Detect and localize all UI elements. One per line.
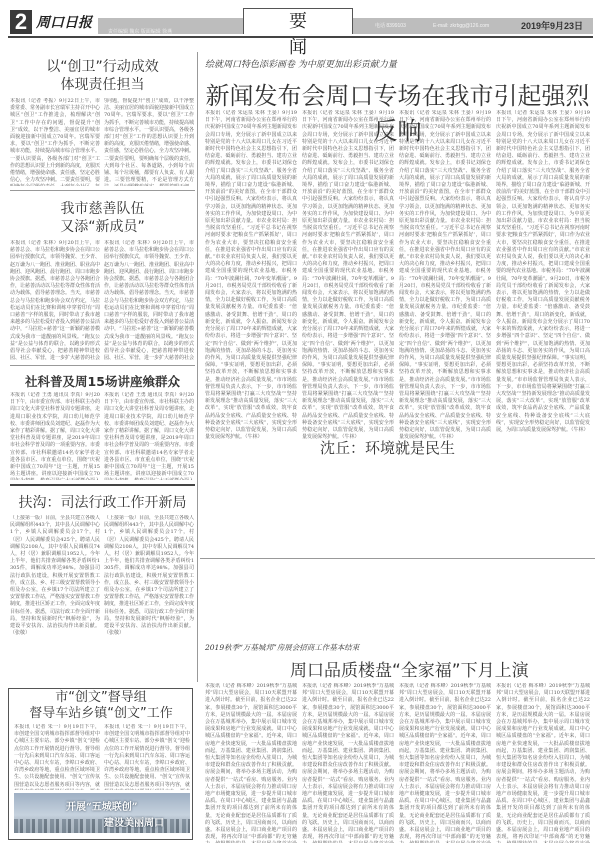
article-headline-cishan[interactable]: 我市慈善队伍 又添“新成员” [10,200,195,236]
section-divider [10,484,195,486]
article-body-shekepu-col2: 本报讯（记者 王勇 通讯员 李真）9月20日下午，由市委宣传部、市社科联主办的周… [104,392,194,480]
banner-line-1: 开展“五城联创” [66,798,138,813]
paper-name-logo: 周口日报 [36,12,92,32]
section-divider [10,190,195,191]
info-bar: 电话 8399103 E-mail: zkrbgg@126.com 2019年9… [353,18,593,34]
article-body-fabuhui-col1: 本报讯（记者 朱运泉 朱林 王晏）9月19日下午，河南省新闻办公室在郑州举行的庆… [205,110,297,555]
headline-line: 市“创文”督导组 [12,690,190,706]
headline-line: 以“创卫”行动成效 [10,58,195,76]
article-body-chuangwen-col2: 本报讯（记者 朱一）9月19日下午，市创建全国文明城市指挥部督导组对中心城区主要… [104,724,190,790]
article-body-wanjiacheng-col4: 本报讯（记者 梅本峰）2019秋季“万基城邦”周口大型房展会，周口10天联盟开幕… [496,683,590,843]
email: E-mail: zkrbgg@126.com [433,18,489,34]
banner-line-2: 建设美丽周口 [104,814,164,829]
article-headline-shekepu[interactable]: 社科普及周15场讲座飨群众 [10,372,195,390]
promo-banner: 开展“五城联创” 建设美丽周口 [14,793,190,833]
article-body-chuangwei-col2: 本报讯（记者 考振）9月22日上午，市委常委、常务副市长宫瑞军主持召开中心城区“… [104,98,194,186]
article-headline-chuangwei[interactable]: 以“创卫”行动成效 体现责任担当 [10,58,195,94]
section-title: 要闻 [243,8,353,34]
section-divider [10,365,195,366]
article-kicker-wanjiacheng: 2019秋季“万基城邦”房展会招商工作基本结束 [205,642,359,653]
article-body-wanjiacheng-col3: 本报讯（记者 梅本峰）2019秋季“万基城邦”周口大型房展会，周口10天联盟开幕… [399,683,491,843]
article-body-wanjiacheng-col2: 本报讯（记者 梅本峰）2019秋季“万基城邦”周口大型房展会，周口10天联盟开幕… [302,683,394,843]
article-body-fugou-col1: （上接第一版）目前，全县共建立各级人民调解组织443个，其中县人民调解中心1个，… [10,515,100,675]
article-body-fugou-col2: （上接第一版）目前，全县共建立各级人民调解组织443个，其中县人民调解中心1个，… [104,515,194,675]
editor-bar: 责任编辑 魏东 版面编辑 徐燕 [98,18,243,34]
article-body-chuangwei-col1: 本报讯（记者 考振）9月22日上午，市委常委、常务副市长宫瑞军主持召开中心城区“… [10,98,100,186]
headline-line: 督导车站乡镇“创文”工作 [12,706,190,722]
article-body-shekepu-col1: 本报讯（记者 王勇 通讯员 李真）9月20日下午，由市委宣传部、市社科联主办的周… [10,392,100,480]
section-divider [200,558,595,559]
issue-date: 2019年9月23日 [521,18,583,34]
article-headline-chuangwen[interactable]: 市“创文”督导组 督导车站乡镇“创文”工作 [12,690,190,722]
headline-line: 我市慈善队伍 [10,200,195,218]
article-headline-fugou[interactable]: 扶沟：司法行政工作开新局 [10,492,195,512]
article-body-fabuhui-col3: 本报讯（记者 朱运泉 朱林 王晏）9月19日下午，河南省新闻办公室在郑州举行的庆… [399,110,491,555]
masthead-rule [8,36,593,38]
article-body-wanjiacheng-col1: 本报讯（记者 梅本峰）2019秋季“万基城邦”周口大型房展会，周口10天联盟开幕… [205,683,297,843]
article-body-chuangwen-col1: 本报讯（记者 朱一）9月19日下午，市创建全国文明城市指挥部督导组对中心城区主要… [14,724,100,790]
article-headline-wanjiacheng[interactable]: 周口品质楼盘“全家福”下月上演 [290,656,590,681]
article-headline-shenqiu[interactable]: 沈丘：环境就是民生 [320,437,480,458]
column-divider [197,52,198,682]
headline-line: 又添“新成员” [10,218,195,236]
article-body-cishan-col2: 本报讯（记者 朱林）9月20日上午，市慈善总会、市马拉松和跑步协会在周口公园举行… [104,240,194,360]
editor-credits: 责任编辑 魏东 版面编辑 徐燕 [98,29,172,35]
headline-line: 体现责任担当 [10,76,195,94]
article-body-cishan-col1: 本报讯（记者 朱林）9月20日上午，市慈善总会、市马拉松和跑步协会在周口公园举行… [10,240,100,360]
article-body-fabuhui-col2: 本报讯（记者 朱运泉 朱林 王晏）9月19日下午，河南省新闻办公室在郑州举行的庆… [302,110,394,555]
masthead: 2 周口日报 责任编辑 魏东 版面编辑 徐燕 要闻 电话 8399103 E-m… [0,0,600,40]
hotline: 电话 8399103 [375,18,406,34]
page-number: 2 [10,10,32,34]
article-body-fabuhui-col4: 本报讯（记者 朱运泉 朱林 王晏）9月19日下午，河南省新闻办公室在郑州举行的庆… [496,110,590,555]
article-kicker-fabuhui: 绘就周口特色添彩画卷 为中原更加出彩贡献力量 [205,57,397,70]
